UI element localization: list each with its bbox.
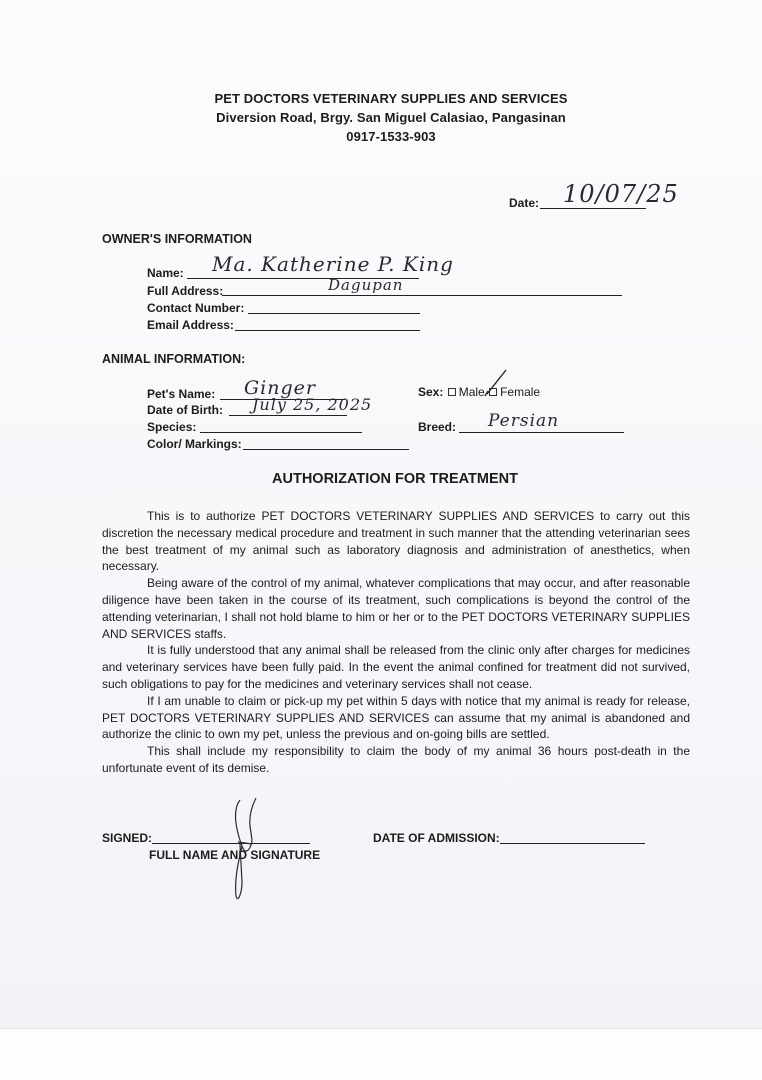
- date-value: 10/07/25: [563, 180, 679, 208]
- color-label: Color/ Markings:: [147, 437, 242, 451]
- owner-email-field[interactable]: [235, 330, 420, 331]
- animal-section-title: ANIMAL INFORMATION:: [102, 352, 245, 366]
- dob-field[interactable]: [229, 415, 347, 416]
- authorization-paragraph: Being aware of the control of my animal,…: [102, 575, 690, 642]
- authorization-body: This is to authorize PET DOCTORS VETERIN…: [102, 508, 690, 777]
- species-field[interactable]: [200, 432, 362, 433]
- signed-label: SIGNED:: [102, 831, 152, 845]
- business-address: Diversion Road, Brgy. San Miguel Calasia…: [0, 110, 762, 125]
- signature-mark: [222, 796, 262, 908]
- date-label: Date:: [509, 196, 539, 210]
- dob-label: Date of Birth:: [147, 403, 223, 417]
- business-phone: 0917-1533-903: [0, 129, 762, 144]
- breed-label: Breed:: [418, 420, 456, 434]
- female-checkmark-icon: [482, 368, 512, 400]
- breed-value: Persian: [488, 411, 559, 431]
- authorization-paragraph: It is fully understood that any animal s…: [102, 642, 690, 692]
- owner-address-value: Dagupan: [328, 276, 403, 294]
- species-label: Species:: [147, 420, 196, 434]
- date-of-admission-field[interactable]: [500, 843, 645, 844]
- date-of-admission-label: DATE OF ADMISSION:: [373, 831, 500, 845]
- sex-male-label: Male: [459, 385, 485, 399]
- pet-name-label: Pet's Name:: [147, 387, 215, 401]
- authorization-paragraph: This shall include my responsibility to …: [102, 743, 690, 777]
- owner-name-value: Ma. Katherine P. King: [212, 252, 454, 276]
- scanner-bottom-edge: [0, 1028, 762, 1080]
- authorization-title: AUTHORIZATION FOR TREATMENT: [0, 471, 762, 487]
- date-field[interactable]: [540, 208, 646, 209]
- form-page: PET DOCTORS VETERINARY SUPPLIES AND SERV…: [0, 0, 762, 1028]
- sex-male-checkbox[interactable]: [448, 388, 456, 396]
- owner-contact-label: Contact Number:: [147, 301, 244, 315]
- authorization-paragraph: This is to authorize PET DOCTORS VETERIN…: [102, 508, 690, 575]
- dob-value: July 25, 2025: [252, 395, 372, 414]
- owner-address-field[interactable]: [222, 295, 622, 296]
- breed-field[interactable]: [459, 432, 624, 433]
- owner-contact-field[interactable]: [248, 313, 420, 314]
- sex-field: Sex: Male Female: [418, 385, 540, 399]
- authorization-paragraph: If I am unable to claim or pick-up my pe…: [102, 693, 690, 743]
- owner-section-title: OWNER'S INFORMATION: [102, 232, 252, 246]
- color-field[interactable]: [243, 449, 409, 450]
- business-name: PET DOCTORS VETERINARY SUPPLIES AND SERV…: [0, 91, 762, 106]
- sex-label: Sex:: [418, 385, 443, 399]
- owner-address-label: Full Address:: [147, 284, 223, 298]
- owner-name-label: Name:: [147, 266, 184, 280]
- owner-email-label: Email Address:: [147, 318, 234, 332]
